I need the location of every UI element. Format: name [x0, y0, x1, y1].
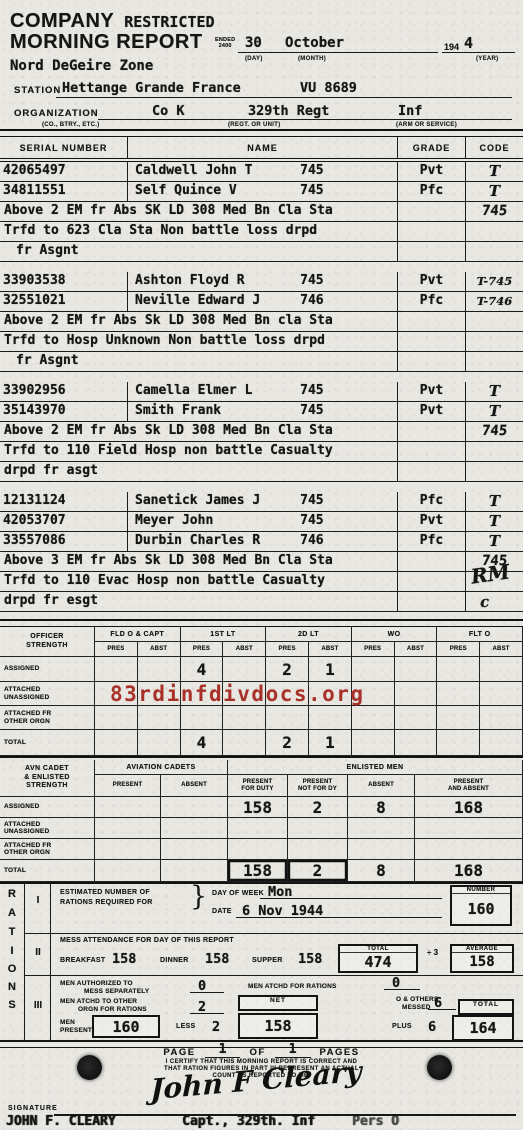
- enlisted-strength-value: 168: [415, 860, 523, 882]
- pres-abst-header: PRES: [181, 642, 224, 657]
- rations-total-value: 164: [469, 1017, 496, 1039]
- plus-label: PLUS: [392, 1023, 412, 1032]
- serial-number: 34811551: [0, 182, 128, 201]
- punch-hole-icon: [427, 1055, 452, 1080]
- page-number: 1: [205, 1042, 241, 1058]
- roster-header-row: SERIAL NUMBER NAME GRADE CODE: [0, 137, 523, 162]
- grade-value: Pfc: [398, 292, 466, 311]
- code-value: T: [466, 512, 523, 531]
- remark-text: Trfd to 623 Cla Sta Non battle loss drpd: [0, 222, 398, 241]
- pres-abst-header: ABST: [138, 642, 181, 657]
- name-text: Self Quince V: [135, 183, 237, 198]
- men-present-box: 160: [92, 1015, 160, 1038]
- year-prefix: 194: [444, 42, 459, 52]
- roster-row-remark: fr Asgnt: [0, 242, 523, 262]
- brace-icon: }: [190, 883, 207, 910]
- men-present-label-line1: MEN: [60, 1019, 75, 1027]
- officer-strength-value: 2: [266, 657, 309, 682]
- rations-side-letter: T: [0, 926, 24, 938]
- enlisted-strength-value: [415, 839, 523, 860]
- grade-value: Pvt: [398, 272, 466, 291]
- roster-row-entry: 42065497Caldwell John T745PvtT: [0, 162, 523, 182]
- remark-text: fr Asgnt: [0, 242, 398, 261]
- officer-strength-value: [437, 682, 480, 706]
- enlisted-strength-value: [161, 839, 228, 860]
- officer-strength-value: [95, 657, 138, 682]
- enlisted-strength-value: [228, 839, 288, 860]
- officer-strength-value: [352, 706, 395, 730]
- grade-value: Pfc: [398, 182, 466, 201]
- map-grid-reference: VU 8689: [300, 80, 357, 96]
- classification-line: COMPANY RESTRICTED: [10, 10, 215, 33]
- enlisted-strength-value: 8: [348, 860, 415, 882]
- officer-row-label: ATTACHED FR OTHER ORGN: [0, 706, 95, 730]
- enlisted-strength-value: [288, 839, 348, 860]
- rations-side-letter: S: [0, 999, 24, 1011]
- org-sublabel-arm: (ARM OR SERVICE): [396, 122, 457, 128]
- typed-officer-name: JOHN F. CLEARY: [6, 1114, 116, 1129]
- enlisted-strength-value: [288, 818, 348, 839]
- mos-code: 745: [300, 512, 323, 530]
- officer-row-label: ASSIGNED: [0, 657, 95, 682]
- grade-value: [398, 552, 466, 571]
- organization-arm: Inf: [398, 103, 422, 119]
- code-value: 745: [465, 422, 523, 441]
- code-value: c: [466, 592, 523, 611]
- remark-text: Above 2 EM fr Abs Sk LD 308 Med Bn Cla S…: [0, 422, 398, 441]
- atchd-other-orgn-label-line1: MEN ATCHD TO OTHER: [60, 998, 137, 1006]
- mess-separately-label-line1: MEN AUTHORIZED TO: [60, 980, 133, 988]
- officer-strength-corner-label: OFFICER STRENGTH: [0, 627, 95, 657]
- organization-label: ORGANIZATION: [14, 108, 99, 119]
- mess-average-box: AVERAGE 158: [450, 944, 514, 973]
- enlisted-subheader: PRESENT AND ABSENT: [415, 775, 523, 797]
- officer-group-header: FLD O & CAPT: [95, 627, 181, 642]
- officer-strength-value: 4: [181, 657, 224, 682]
- net-value: 158: [264, 1015, 291, 1037]
- grade-value: Pvt: [398, 402, 466, 421]
- officer-strength-value: [223, 706, 266, 730]
- soldier-name: Durbin Charles R746: [128, 532, 398, 551]
- roster-row-entry: 33902956Camella Elmer L745PvtT: [0, 382, 523, 402]
- serial-number: 33903538: [0, 272, 128, 291]
- mess-average-label: AVERAGE: [452, 946, 512, 953]
- enlisted-strength-value: 2: [288, 797, 348, 818]
- mos-code: 745: [300, 382, 323, 400]
- officer-strength-value: 1: [309, 657, 352, 682]
- roster-row-remark: Trfd to 110 Evac Hosp non battle Casualt…: [0, 572, 523, 592]
- code-value: [466, 312, 523, 331]
- remark-text: Above 3 EM fr Abs Sk LD 308 Med Bn Cla S…: [0, 552, 398, 571]
- grade-value: [398, 332, 466, 351]
- code-value: [466, 222, 523, 241]
- enlisted-men-header: ENLISTED MEN: [228, 760, 523, 775]
- officer-strength-value: [480, 730, 523, 756]
- soldier-name: Neville Edward J746: [128, 292, 398, 311]
- name-text: Caldwell John T: [135, 163, 252, 178]
- officer-strength-value: [437, 706, 480, 730]
- supper-label: SUPPER: [252, 957, 283, 966]
- enlisted-strength-value: [348, 818, 415, 839]
- enlisted-subheader: ABSENT: [348, 775, 415, 797]
- others-messed-label-line2: MESSED: [402, 1004, 431, 1012]
- soldier-name: Sanetick James J745: [128, 492, 398, 511]
- grade-column-header: GRADE: [398, 137, 466, 158]
- remark-text: Trfd to Hosp Unknown Non battle loss drp…: [0, 332, 398, 351]
- serial-number: 32551021: [0, 292, 128, 311]
- mess-average-value: 158: [469, 953, 494, 971]
- roster-row-remark: Trfd to 623 Cla Sta Non battle loss drpd: [0, 222, 523, 242]
- ended-2400-label: ENDED 2400: [215, 37, 235, 49]
- code-value: [466, 352, 523, 371]
- officer-group-header: 1ST LT: [181, 627, 267, 642]
- organization-company: Co K: [152, 103, 185, 119]
- report-title: MORNING REPORT: [10, 31, 203, 54]
- officer-strength-value: [352, 730, 395, 756]
- enlisted-strength-value: 158: [228, 860, 288, 882]
- mos-code: 746: [300, 532, 323, 550]
- roster-row-entry: 12131124Sanetick James J745PfcT: [0, 492, 523, 512]
- pres-abst-header: ABST: [309, 642, 352, 657]
- rations-numeral-1: I: [26, 895, 50, 906]
- zone-line: Nord DeGeire Zone: [10, 58, 153, 74]
- org-sublabel-co: (CO., BTRY., ETC.): [42, 122, 100, 128]
- men-present-value: 160: [112, 1017, 139, 1036]
- others-messed-label-line1: O & OTHERS: [396, 996, 438, 1004]
- officer-strength-value: [138, 706, 181, 730]
- mos-code: 746: [300, 292, 323, 310]
- station-label: STATION: [14, 85, 61, 96]
- enlisted-strength-value: 168: [415, 797, 523, 818]
- code-value: T-745: [466, 272, 523, 291]
- officer-strength-value: [309, 706, 352, 730]
- pres-abst-header: ABST: [223, 642, 266, 657]
- rations-side-letter: A: [0, 907, 24, 919]
- enlisted-strength-value: [161, 860, 228, 882]
- grade-value: [398, 592, 466, 611]
- code-value: 745: [465, 202, 523, 221]
- roster-row-spacer: [0, 482, 523, 492]
- remark-text: fr Asgnt: [0, 352, 398, 371]
- roster-row-entry: 33903538Ashton Floyd R745PvtT-745: [0, 272, 523, 292]
- soldier-name: Camella Elmer L745: [128, 382, 398, 401]
- name-text: Ashton Floyd R: [135, 273, 245, 288]
- code-value: [466, 242, 523, 261]
- grade-value: [398, 312, 466, 331]
- report-year-digit: 4: [464, 34, 473, 52]
- aviation-cadets-header: AVIATION CADETS: [95, 760, 228, 775]
- officer-strength-value: [266, 706, 309, 730]
- name-text: Meyer John: [135, 513, 213, 528]
- roster-row-remark: Above 2 EM fr Abs Sk LD 308 Med Bn cla S…: [0, 312, 523, 332]
- officer-strength-value: [138, 657, 181, 682]
- page-label: PAGE: [163, 1047, 195, 1058]
- rations-side-letter: O: [0, 963, 24, 975]
- total-pages: 1: [275, 1042, 311, 1058]
- soldier-name: Self Quince V745: [128, 182, 398, 201]
- enlisted-strength-value: 8: [348, 797, 415, 818]
- enlisted-row-label: TOTAL: [0, 860, 95, 882]
- officer-strength-value: [480, 682, 523, 706]
- organization-unit: 329th Regt: [248, 103, 329, 119]
- officer-group-header: FLT O: [437, 627, 523, 642]
- roster-row-remark: Above 2 EM fr Abs SK LD 308 Med Bn Cla S…: [0, 202, 523, 222]
- station-value: Hettange Grande France: [62, 80, 241, 96]
- year-sublabel: (YEAR): [476, 56, 498, 62]
- rations-grid-line: [24, 933, 523, 934]
- grade-value: [398, 442, 466, 461]
- grade-value: [398, 222, 466, 241]
- org-sublabel-regt: (REGT. OR UNIT): [228, 122, 281, 128]
- code-value: [466, 442, 523, 461]
- rations-numeral-2: II: [26, 947, 50, 958]
- cadet-subheader: PRESENT: [95, 775, 161, 797]
- roster-row-spacer: [0, 372, 523, 382]
- men-present-label-line2: PRESENT: [60, 1027, 92, 1035]
- name-text: Smith Frank: [135, 403, 221, 418]
- day-of-week-label: DAY OF WEEK: [212, 890, 264, 899]
- remark-text: drpd fr esgt: [0, 592, 398, 611]
- grade-value: [398, 352, 466, 371]
- remark-text: drpd fr asgt: [0, 462, 398, 481]
- remark-text: Above 2 EM fr Abs SK LD 308 Med Bn Cla S…: [0, 202, 398, 221]
- rations-grid-line: [24, 975, 523, 976]
- serial-number-column-header: SERIAL NUMBER: [0, 137, 128, 158]
- less-value: 2: [212, 1019, 220, 1035]
- roster-row-remark: Above 2 EM fr Abs Sk LD 308 Med Bn Cla S…: [0, 422, 523, 442]
- officer-strength-value: [437, 657, 480, 682]
- month-sublabel: (MONTH): [298, 56, 326, 62]
- handwritten-mark: c: [479, 593, 489, 612]
- grade-value: Pvt: [398, 382, 466, 401]
- net-value-box: 158: [238, 1013, 318, 1039]
- rations-total-label: TOTAL: [473, 1001, 499, 1008]
- officer-strength-value: [223, 730, 266, 756]
- number-box-value: 160: [467, 894, 494, 924]
- officer-strength-value: [95, 730, 138, 756]
- est-rations-label-line1: ESTIMATED NUMBER OF: [60, 889, 150, 898]
- rations-number-box: NUMBER 160: [450, 885, 512, 926]
- officer-strength-value: [395, 706, 438, 730]
- soldier-name: Meyer John745: [128, 512, 398, 531]
- mess-total-value: 474: [364, 953, 391, 971]
- code-value: T: [466, 162, 523, 181]
- officer-row-label: TOTAL: [0, 730, 95, 756]
- officer-row-label: ATTACHED UNASSIGNED: [0, 682, 95, 706]
- grade-value: [398, 202, 466, 221]
- officer-strength-value: [352, 657, 395, 682]
- name-text: Durbin Charles R: [135, 533, 260, 548]
- mos-code: 745: [300, 162, 323, 180]
- enlisted-row-label: ATTACHED UNASSIGNED: [0, 818, 95, 839]
- officer-strength-value: [395, 657, 438, 682]
- remark-text: Trfd to 110 Field Hosp non battle Casual…: [0, 442, 398, 461]
- code-value: T: [466, 492, 523, 511]
- officer-strength-value: [395, 682, 438, 706]
- enlisted-row-label: ATTACHED FR OTHER ORGN: [0, 839, 95, 860]
- roster-row-remark: drpd fr esgtc: [0, 592, 523, 612]
- enlisted-strength-table: AVN CADET & ENLISTED STRENGTHAVIATION CA…: [0, 760, 523, 884]
- enlisted-strength-value: [95, 839, 161, 860]
- code-value: [466, 462, 523, 481]
- pres-abst-header: PRES: [437, 642, 480, 657]
- roster-row-remark: drpd fr asgt: [0, 462, 523, 482]
- officer-strength-value: [223, 657, 266, 682]
- grade-value: [398, 242, 466, 261]
- roster-row-entry: 42053707Meyer John745PvtT: [0, 512, 523, 532]
- roster-row-entry: 33557086Durbin Charles R746PfcT: [0, 532, 523, 552]
- officer-group-header: 2D LT: [266, 627, 352, 642]
- mess-total-label: TOTAL: [340, 946, 416, 953]
- enlisted-strength-value: [415, 818, 523, 839]
- officer-strength-value: [181, 706, 224, 730]
- enlisted-strength-value: [161, 818, 228, 839]
- est-rations-label-line2: RATIONS REQUIRED FOR: [60, 899, 153, 908]
- dinner-label: DINNER: [160, 957, 189, 966]
- typed-officer-extra: Pers O: [352, 1114, 399, 1129]
- breakfast-value: 158: [112, 951, 136, 967]
- code-column-header: CODE: [466, 137, 523, 158]
- pres-abst-header: ABST: [480, 642, 523, 657]
- enlisted-strength-value: [161, 797, 228, 818]
- mos-code: 745: [300, 272, 323, 290]
- rations-grid-line: [50, 884, 51, 1040]
- serial-number: 42065497: [0, 162, 128, 181]
- mos-code: 745: [300, 492, 323, 510]
- grade-value: [398, 462, 466, 481]
- code-value: T-746: [466, 292, 523, 311]
- mess-separately-label-line2: MESS SEPARATELY: [84, 988, 149, 996]
- morning-report-document: COMPANY RESTRICTED MORNING REPORT ENDED …: [0, 0, 523, 1130]
- grade-value: Pvt: [398, 512, 466, 531]
- handwritten-mark: RM: [470, 562, 511, 585]
- report-day: 30: [245, 35, 262, 51]
- code-value: T: [466, 402, 523, 421]
- grade-value: Pfc: [398, 492, 466, 511]
- serial-number: 12131124: [0, 492, 128, 511]
- pres-abst-header: PRES: [352, 642, 395, 657]
- less-label: LESS: [176, 1023, 195, 1032]
- mos-code: 745: [300, 182, 323, 200]
- roster-row-remark: Above 3 EM fr Abs Sk LD 308 Med Bn Cla S…: [0, 552, 523, 572]
- typed-officer-grade: Capt., 329th. Inf: [182, 1114, 315, 1129]
- rations-total-label-box: TOTAL: [458, 999, 514, 1015]
- watermark-text: 83rdinfdivdocs.org: [110, 682, 365, 706]
- atchd-for-rations-label: MEN ATCHD FOR RATIONS: [248, 983, 337, 991]
- divider: [0, 129, 523, 137]
- divider: [0, 619, 523, 627]
- enlisted-strength-value: [228, 818, 288, 839]
- mos-code: 745: [300, 402, 323, 420]
- cadet-subheader: ABSENT: [161, 775, 228, 797]
- divide-by-three-label: ÷ 3: [427, 948, 438, 957]
- roster-row-remark: fr Asgnt: [0, 352, 523, 372]
- rations-side-letter: I: [0, 945, 24, 957]
- officer-strength-value: [480, 657, 523, 682]
- day-sublabel: (DAY): [245, 56, 263, 62]
- rations-total-value-box: 164: [452, 1015, 514, 1041]
- rations-numeral-3: III: [26, 1000, 50, 1011]
- mess-attendance-heading: MESS ATTENDANCE FOR DAY OF THIS REPORT: [60, 937, 234, 946]
- enlisted-row-label: ASSIGNED: [0, 797, 95, 818]
- code-value: [466, 332, 523, 351]
- atchd-other-orgn-label-line2: ORGN FOR RATIONS: [78, 1006, 147, 1014]
- pres-abst-header: PRES: [266, 642, 309, 657]
- enlisted-strength-value: 158: [228, 797, 288, 818]
- report-month: October: [285, 35, 344, 51]
- roster-row-spacer: [0, 262, 523, 272]
- officer-strength-value: 2: [266, 730, 309, 756]
- soldier-name: Caldwell John T745: [128, 162, 398, 181]
- enlisted-strength-value: [95, 860, 161, 882]
- name-text: Neville Edward J: [135, 293, 260, 308]
- enlisted-strength-value: [95, 797, 161, 818]
- enlisted-strength-value: 2: [288, 860, 348, 882]
- remark-text: Trfd to 110 Evac Hosp non battle Casualt…: [0, 572, 398, 591]
- serial-number: 35143970: [0, 402, 128, 421]
- code-value: T: [466, 382, 523, 401]
- restricted-stamp: RESTRICTED: [124, 13, 214, 31]
- grade-value: [398, 422, 466, 441]
- code-value: RM: [466, 572, 523, 591]
- rations-grid-line: [24, 884, 25, 1040]
- enlisted-strength-value: [95, 818, 161, 839]
- grade-value: Pvt: [398, 162, 466, 181]
- serial-number: 33557086: [0, 532, 128, 551]
- soldier-name: Ashton Floyd R745: [128, 272, 398, 291]
- of-label: OF: [249, 1047, 265, 1058]
- remark-text: Above 2 EM fr Abs Sk LD 308 Med Bn cla S…: [0, 312, 398, 331]
- rations-side-letter: R: [0, 888, 24, 900]
- classification-word: COMPANY: [10, 10, 114, 33]
- pres-abst-header: PRES: [95, 642, 138, 657]
- punch-hole-icon: [77, 1055, 102, 1080]
- code-value: T: [466, 182, 523, 201]
- officer-strength-value: [138, 730, 181, 756]
- roster-row-entry: 35143970Smith Frank745PvtT: [0, 402, 523, 422]
- roster-row-entry: 34811551Self Quince V745PfcT: [0, 182, 523, 202]
- enlisted-strength-corner-label: AVN CADET & ENLISTED STRENGTH: [0, 760, 95, 797]
- grade-value: [398, 572, 466, 591]
- signature-label: SIGNATURE: [8, 1105, 58, 1112]
- officer-strength-value: 4: [181, 730, 224, 756]
- serial-number: 42053707: [0, 512, 128, 531]
- net-label-box: NET: [238, 995, 318, 1011]
- soldier-name: Smith Frank745: [128, 402, 398, 421]
- enlisted-subheader: PRESENT FOR DUTY: [228, 775, 288, 797]
- rations-side-letter: N: [0, 981, 24, 993]
- roster-body: 42065497Caldwell John T745PvtT34811551Se…: [0, 162, 523, 612]
- roster-row-entry: 32551021Neville Edward J746PfcT-746: [0, 292, 523, 312]
- name-text: Sanetick James J: [135, 493, 260, 508]
- plus-value: 6: [428, 1019, 436, 1035]
- code-value: T: [466, 532, 523, 551]
- grade-value: Pfc: [398, 532, 466, 551]
- officer-strength-value: [95, 706, 138, 730]
- serial-number: 33902956: [0, 382, 128, 401]
- net-label: NET: [270, 997, 286, 1004]
- officer-strength-value: [480, 706, 523, 730]
- enlisted-subheader: PRESENT NOT FOR DY: [288, 775, 348, 797]
- supper-value: 158: [298, 951, 322, 967]
- ended-label-line2: 2400: [215, 43, 235, 49]
- officer-group-header: WO: [352, 627, 438, 642]
- roster-row-remark: Trfd to 110 Field Hosp non battle Casual…: [0, 442, 523, 462]
- name-column-header: NAME: [128, 137, 398, 158]
- enlisted-strength-value: [348, 839, 415, 860]
- officer-strength-value: 1: [309, 730, 352, 756]
- officer-strength-value: [437, 730, 480, 756]
